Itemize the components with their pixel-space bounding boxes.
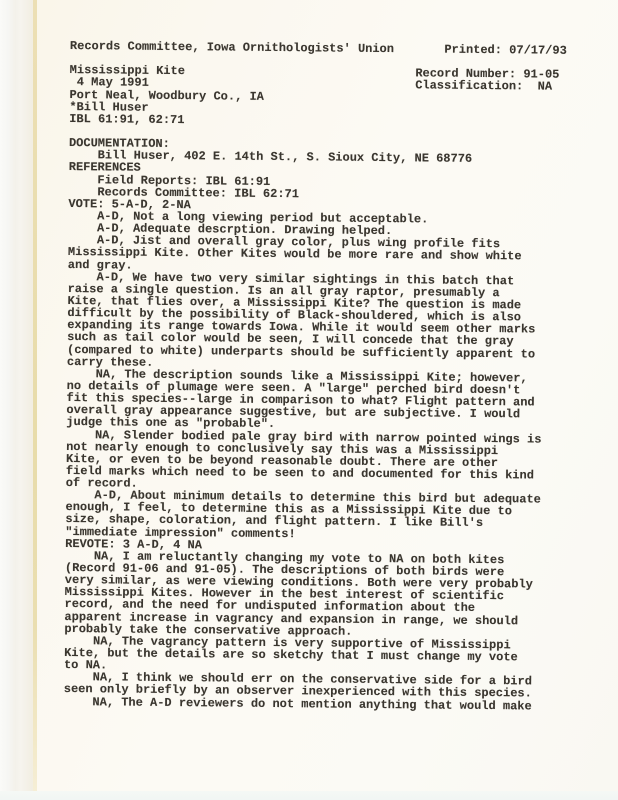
page-edge-line — [33, 0, 37, 800]
scanned-document: Records Committee, Iowa Ornithologists' … — [0, 0, 618, 800]
scan-left-margin — [0, 0, 34, 800]
scan-bottom-edge — [0, 791, 618, 800]
document-text: Records Committee, Iowa Ornithologists' … — [64, 40, 567, 712]
